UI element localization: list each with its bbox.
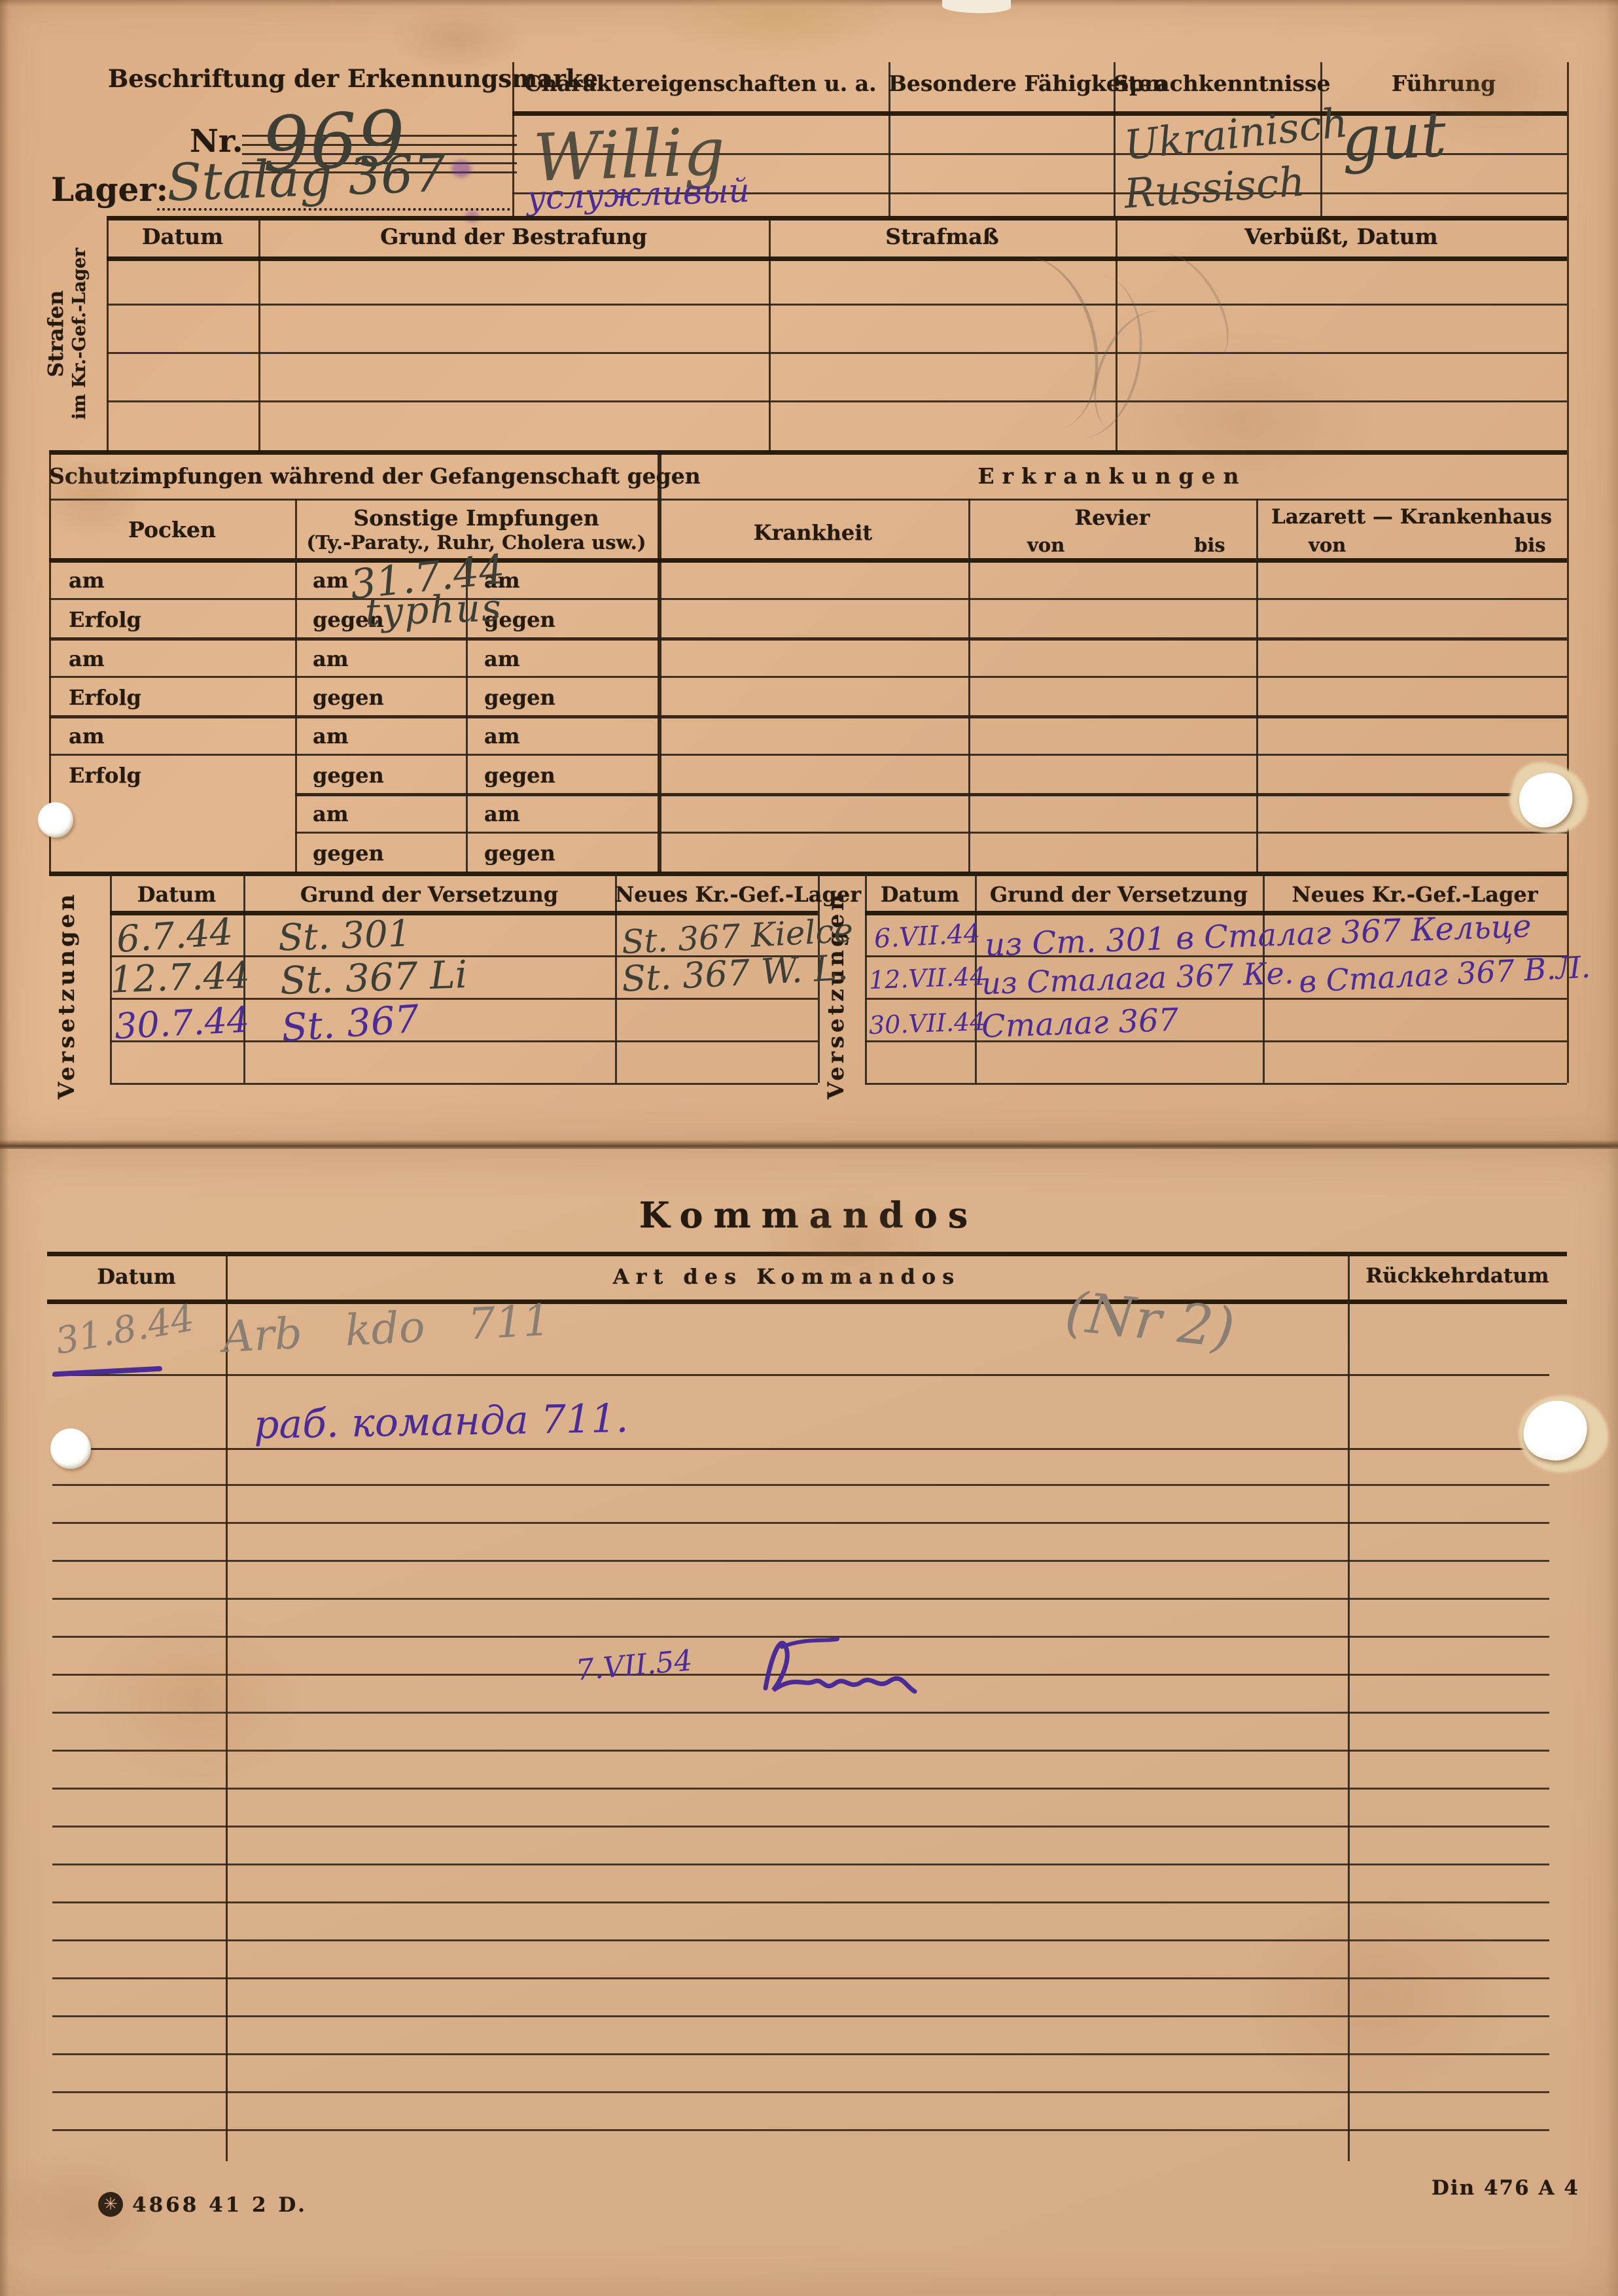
right-page-border bbox=[1567, 62, 1569, 1083]
versetz-de-r1-grund: St. 301 bbox=[277, 912, 412, 959]
versetz-de-header-grund: Grund der Versetzung bbox=[243, 882, 615, 907]
sonstige1-am-label: am bbox=[313, 568, 349, 593]
sonstige1-gegen-label: gegen bbox=[313, 685, 384, 710]
lazarett-bis-label: bis bbox=[1515, 534, 1546, 556]
kommandos-col-border bbox=[226, 1252, 228, 2161]
versetz-ru-header-neues: Neues Kr.-Gef.-Lager bbox=[1263, 882, 1567, 907]
versetz-top-rule bbox=[49, 872, 1567, 876]
strafen-header-strafmass: Strafmaß bbox=[769, 224, 1116, 249]
strafen-side-label-line2: im Kr.-Gef.-Lager bbox=[69, 219, 91, 448]
footer-din-label: Din 476 A 4 bbox=[1432, 2176, 1579, 2200]
kommandos-header-rueckkehr: Rückkehrdatum bbox=[1348, 1264, 1567, 1288]
pocken-header: Pocken bbox=[49, 517, 295, 542]
pocken-erfolg-label: Erfolg bbox=[69, 763, 141, 788]
id-block-title: Beschriftung der Erkennungsmarke bbox=[108, 64, 448, 93]
kommandos-header-art: Art des Kommandos bbox=[226, 1264, 1348, 1289]
impf-row-line bbox=[49, 637, 1567, 641]
sonstige2-am-label: am bbox=[484, 802, 520, 826]
kommando-entry2-art: раб. команда 711. bbox=[253, 1396, 629, 1448]
versetz-ru-r1-datum: 6.VII.44 bbox=[873, 919, 981, 954]
impf-top-rule bbox=[49, 450, 1567, 455]
impf-row-line bbox=[49, 715, 1567, 718]
impf-against-handwriting: typhus bbox=[364, 585, 503, 634]
traits-header-faehigkeiten: Besondere Fähigkeiten bbox=[888, 71, 1114, 96]
versetz-ru-r3-grund: Сталаг 367 bbox=[981, 1002, 1179, 1045]
sonstige1-am-label: am bbox=[313, 802, 349, 826]
strafen-header-verbuesst: Verbüßt, Datum bbox=[1116, 224, 1567, 249]
impf-erkrank-divider bbox=[658, 450, 661, 873]
sonstige2-gegen-label: gegen bbox=[484, 685, 555, 710]
pocken-erfolg-label: Erfolg bbox=[69, 685, 141, 710]
signature-scribble bbox=[746, 1613, 942, 1724]
impfungen-title: Schutzimpfungen während der Gefangenscha… bbox=[49, 463, 658, 489]
punch-hole bbox=[50, 1428, 91, 1469]
versetz-de-r2-datum: 12.7.44 bbox=[109, 954, 251, 1001]
versetz-ru-header-datum: Datum bbox=[865, 882, 975, 907]
sonstige2-gegen-label: gegen bbox=[484, 763, 555, 788]
strafen-header-rule bbox=[107, 256, 1567, 261]
strafen-side-label-line1: Strafen bbox=[43, 219, 69, 448]
strafen-row-line bbox=[107, 400, 1567, 402]
impf-row-line bbox=[49, 754, 1567, 756]
lager-label: Lager: bbox=[51, 170, 168, 209]
versetz-de-r1-datum: 6.7.44 bbox=[115, 911, 234, 961]
punch-hole bbox=[38, 802, 73, 838]
traits-header-charakter: Charaktereigenschaften u. a. bbox=[512, 71, 888, 96]
impf-row-line bbox=[49, 676, 1567, 678]
impf-row-line bbox=[295, 832, 1567, 834]
erkrank-col-border bbox=[1256, 499, 1258, 873]
sonstige2-am-label: am bbox=[484, 646, 520, 671]
impf-subheader-rule bbox=[49, 558, 1567, 563]
sonstige1-gegen-label: gegen bbox=[313, 841, 384, 866]
pocken-am-label: am bbox=[69, 646, 105, 671]
card-top: Beschriftung der Erkennungsmarke Nr. 969… bbox=[0, 0, 1618, 1145]
impf-band-rule bbox=[49, 499, 1567, 501]
sonstige1-am-label: am bbox=[313, 646, 349, 671]
sonstige1-am-label: am bbox=[313, 724, 349, 749]
versetz-de-r2-grund: St. 367 Li bbox=[279, 952, 468, 1003]
strafen-top-rule bbox=[107, 216, 1567, 221]
erkrankungen-title: Erkrankungen bbox=[658, 463, 1567, 489]
versetz-ru-row-line bbox=[865, 998, 1567, 1000]
kommandos-row-line bbox=[52, 1448, 1549, 1450]
versetzungen-side-label-left: Versetzungen bbox=[54, 916, 93, 1099]
strafen-row-line bbox=[107, 304, 1567, 306]
sonstige-header-line1: Sonstige Impfungen bbox=[295, 505, 658, 531]
versetz-de-row-line bbox=[110, 1083, 818, 1085]
versetz-de-row-line bbox=[110, 998, 818, 1000]
kommandos-title: Kommandos bbox=[482, 1194, 1136, 1236]
impf-col-border bbox=[295, 499, 297, 873]
versetz-ru-r3-datum: 30.VII.44 bbox=[868, 1007, 986, 1040]
strafen-row-line bbox=[107, 352, 1567, 354]
versetzungen-side-label-text: Versetzungen bbox=[54, 916, 80, 1099]
footer-print-code: 4868 41 2 D. bbox=[132, 2193, 308, 2217]
strafen-border bbox=[258, 219, 260, 451]
versetz-de-header-datum: Datum bbox=[110, 882, 243, 907]
versetz-ru-r2-datum: 12.VII.44 bbox=[868, 962, 986, 995]
strafen-side-label: Strafen im Kr.-Gef.-Lager bbox=[43, 219, 114, 448]
versetz-de-header-neues: Neues Kr.-Gef.-Lager bbox=[615, 882, 818, 907]
revier-bis-label: bis bbox=[1194, 534, 1225, 556]
versetz-de-r3-datum: 30.7.44 bbox=[113, 999, 250, 1048]
versetz-ru-row-line bbox=[865, 1083, 1567, 1085]
strafen-border bbox=[107, 216, 109, 451]
strafen-header-grund: Grund der Bestrafung bbox=[258, 224, 769, 249]
traits-header-sprachen: Sprachkenntnisse bbox=[1114, 71, 1320, 96]
versetz-ru-row-line bbox=[865, 1040, 1567, 1042]
printer-mark-icon: ✳ bbox=[98, 2192, 123, 2217]
pow-record-card-scan: Beschriftung der Erkennungsmarke Nr. 969… bbox=[0, 0, 1618, 2296]
kommandos-col-border bbox=[1348, 1252, 1350, 2161]
pocken-erfolg-label: Erfolg bbox=[69, 607, 141, 632]
sonstige2-am-label: am bbox=[484, 724, 520, 749]
impf-row-line bbox=[295, 793, 1567, 796]
charakter-ru-handwriting: услужливый bbox=[526, 171, 750, 217]
lazarett-header: Lazarett — Krankenhaus bbox=[1256, 505, 1567, 529]
sonstige1-gegen-label: gegen bbox=[313, 763, 384, 788]
kommandos-row-line bbox=[52, 1374, 1549, 1376]
kommandos-top-rule bbox=[47, 1252, 1567, 1256]
fuehrung-handwriting: gut bbox=[1339, 99, 1448, 176]
sprache1-handwriting: Ukrainisch bbox=[1122, 98, 1350, 169]
lazarett-von-label: von bbox=[1309, 534, 1346, 556]
revier-von-label: von bbox=[1027, 534, 1064, 556]
erkrank-col-border bbox=[968, 499, 970, 873]
kommandos-header-datum: Datum bbox=[47, 1264, 226, 1289]
pocken-am-label: am bbox=[69, 724, 105, 749]
pocken-am-label: am bbox=[69, 568, 105, 593]
kommandos-header-rule bbox=[47, 1299, 1567, 1304]
strafen-header-datum: Datum bbox=[107, 224, 258, 249]
sonstige2-gegen-label: gegen bbox=[484, 841, 555, 866]
krankheit-header: Krankheit bbox=[658, 520, 968, 545]
traits-header-fuehrung: Führung bbox=[1320, 71, 1567, 96]
revier-header: Revier bbox=[968, 505, 1256, 530]
lager-value-handwriting: Stalag 367 bbox=[166, 145, 447, 213]
versetz-ru-header-grund: Grund der Versetzung bbox=[975, 882, 1263, 907]
impf-row-line bbox=[49, 598, 1567, 600]
strafen-border bbox=[769, 219, 771, 451]
